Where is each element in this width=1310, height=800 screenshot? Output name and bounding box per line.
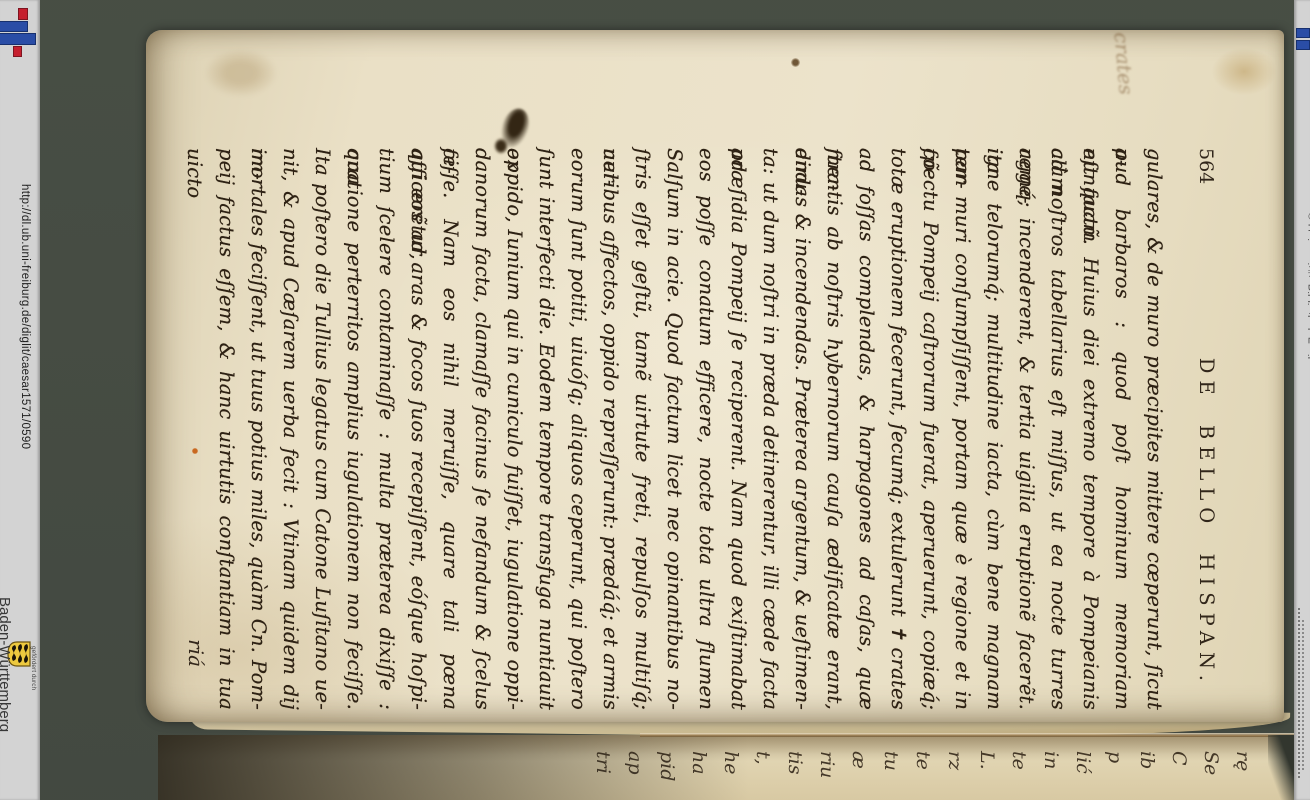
- text-line: ſunt interfecti die. Eodem tempore trans…: [530, 148, 562, 710]
- gutter-shadow: [158, 735, 1294, 800]
- funder-name: Baden-Württemberg: [0, 597, 13, 732]
- text-block: gulares, & de muro præcipites mittere cœ…: [210, 148, 1170, 710]
- page-header: 564 DE BELLO HISPAN.: [1195, 148, 1218, 710]
- text-line: gulares, & de muro præcipites mittere cœ…: [1138, 148, 1170, 710]
- running-title: DE BELLO HISPAN.: [1195, 358, 1218, 688]
- left-annotation-strip: http://dl.ub.uni-freiburg.de/diglit/caes…: [0, 0, 40, 800]
- text-line: nit, & apud Cæſarem uerba fecit : Vtinam…: [274, 148, 306, 710]
- text-line: igne telorumq́; multitudine iacta, cùm b…: [978, 148, 1010, 710]
- corner-shadow: [1268, 735, 1294, 800]
- text-line: endas & incendendas. Præterea argentum, …: [786, 148, 818, 710]
- logo-red-square: [13, 46, 22, 57]
- scanned-book-photo: ręSeCibplićinteL.rztetuæriutist,hehapida…: [0, 0, 1310, 800]
- text-line: ad foſſas complendas, & harpagones ad ca…: [850, 148, 882, 710]
- text-line: mentis ab noſtris hybernorum cauſa ædifi…: [818, 148, 850, 710]
- text-line: danorum facta, clamaſſe facinus ſe nefan…: [466, 148, 498, 710]
- text-line: ſtris eſſet geſtũ, tamẽ uirtute freti, r…: [626, 148, 658, 710]
- catchword: riá: [184, 639, 208, 667]
- url-vertical-text: http://dl.ub.uni-freiburg.de/diglit/caes…: [19, 184, 31, 449]
- facing-page-sliver: ręSeCibplićinteL.rztetuæriutist,hehapida…: [158, 735, 1294, 800]
- text-line: eos poſſe conatum efficere, nocte tota u…: [690, 148, 722, 710]
- text-line: eorum ſunt potiti, uiuóſq; aliquos ceper…: [562, 148, 594, 710]
- rotated-page-content: 564 DE BELLO HISPAN. gulares, & de muro …: [146, 30, 1290, 715]
- microtext-line: [1298, 608, 1300, 778]
- text-line: Salſum in acie. Quod factum licet nec op…: [658, 148, 690, 710]
- text-line: neribus affectos, oppido repreſſerunt: p…: [594, 148, 626, 710]
- text-line: Ita poſtero die Tullius legatus cum Cato…: [306, 148, 338, 710]
- stain: [791, 58, 800, 67]
- logo-blue-bar: [1296, 28, 1310, 38]
- book-page: 564 DE BELLO HISPAN. gulares, & de muro …: [146, 30, 1284, 722]
- text-line: tium ſcelere contaminaſſe : multa præter…: [370, 148, 402, 710]
- text-line: pud barbaros : quod poſt hominum memoria…: [1106, 148, 1138, 710]
- text-line: ſpectu Pompeij caſtrorum fuerat, aperuer…: [914, 148, 946, 710]
- stain: [206, 50, 276, 96]
- text-line: ciſſe. Nam eos nihil meruiſſe, quare tal…: [434, 148, 466, 710]
- text-line: ta: ut dum noſtri in præda detinerentur,…: [754, 148, 786, 710]
- ink-blot: [494, 138, 508, 154]
- ink-showthrough-smudge: crates: [1109, 31, 1138, 96]
- text-line: qui eos ad aras & focos ſuos recepiſſent…: [402, 148, 434, 710]
- text-line: eſt factũ. Huius diei extremo tempore à …: [1074, 148, 1106, 710]
- right-annotation-strip: © UniversitätsBibliothek Freiburg: [1294, 0, 1310, 800]
- text-line: ad noſtros tabellarius eſt miſſus, ut ea…: [1042, 148, 1074, 710]
- text-line: præſidia Pompeij ſe reciperent. Nam quod…: [722, 148, 754, 710]
- stain: [192, 448, 198, 454]
- logo-red-square: [18, 8, 28, 20]
- logo-blue-bar: [0, 33, 36, 45]
- text-line: totæ eruptionem fecerunt, ſecumq́; extul…: [882, 148, 914, 710]
- text-line: tem muri conſumpſiſſent, portam quæ è re…: [946, 148, 978, 710]
- text-line: oppido, Iunium qui in cuniculo fuiſſet, …: [498, 148, 530, 710]
- text-line: mortales feciſſent, ut tuus potius miles…: [242, 148, 274, 710]
- text-line: peij factus eſſem, & hanc uirtutis conſt…: [210, 148, 242, 710]
- microtext-line: [1302, 620, 1304, 770]
- funding-label: gefördert durch: [30, 646, 37, 690]
- logo-blue-bar: [1296, 40, 1310, 50]
- page-number: 564: [1195, 148, 1217, 184]
- text-line: oratione perterritos amplius iugulatione…: [338, 148, 370, 710]
- logo-blue-bar: [0, 21, 28, 32]
- gutter-crease: [640, 733, 1294, 737]
- text-line: remq́; incenderent, & tertia uigilia eru…: [1010, 148, 1042, 710]
